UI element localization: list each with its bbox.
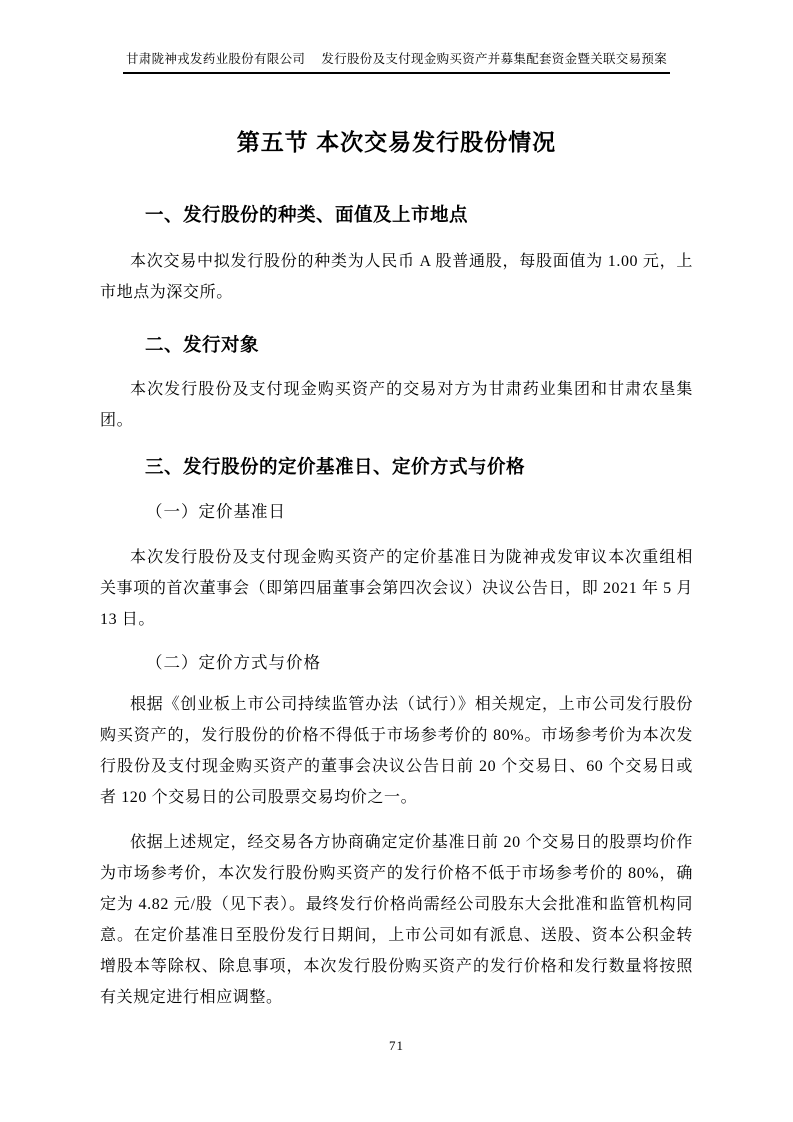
paragraph-share-class: 本次交易中拟发行股份的种类为人民币 A 股普通股，每股面值为 1.00 元，上市… [100, 246, 693, 308]
paragraph-pricing-determination: 依据上述规定，经交易各方协商确定定价基准日前 20 个交易日的股票均价作为市场参… [100, 827, 693, 1013]
page-number: 71 [389, 1038, 404, 1053]
running-header-text: 甘肃陇神戎发药业股份有限公司 发行股份及支付现金购买资产并募集配套资金暨关联交易… [123, 51, 670, 74]
page-running-header: 甘肃陇神戎发药业股份有限公司 发行股份及支付现金购买资产并募集配套资金暨关联交易… [100, 50, 693, 74]
section-heading-share-class: 一、发行股份的种类、面值及上市地点 [145, 202, 693, 228]
subsection-heading-pricing-base-date: （一）定价基准日 [146, 500, 693, 524]
chapter-title: 第五节 本次交易发行股份情况 [100, 126, 693, 158]
section-heading-pricing: 三、发行股份的定价基准日、定价方式与价格 [145, 454, 693, 480]
paragraph-pricing-rule: 根据《创业板上市公司持续监管办法（试行）》相关规定，上市公司发行股份购买资产的，… [100, 689, 693, 813]
paragraph-pricing-base-date: 本次发行股份及支付现金购买资产的定价基准日为陇神戎发审议本次重组相关事项的首次董… [100, 542, 693, 635]
section-heading-issue-targets: 二、发行对象 [145, 332, 693, 358]
page-footer: 71 [0, 1038, 793, 1054]
paragraph-issue-targets: 本次发行股份及支付现金购买资产的交易对方为甘肃药业集团和甘肃农垦集团。 [100, 374, 693, 436]
document-page: 甘肃陇神戎发药业股份有限公司 发行股份及支付现金购买资产并募集配套资金暨关联交易… [0, 0, 793, 1122]
subsection-heading-pricing-method: （二）定价方式与价格 [146, 651, 693, 675]
